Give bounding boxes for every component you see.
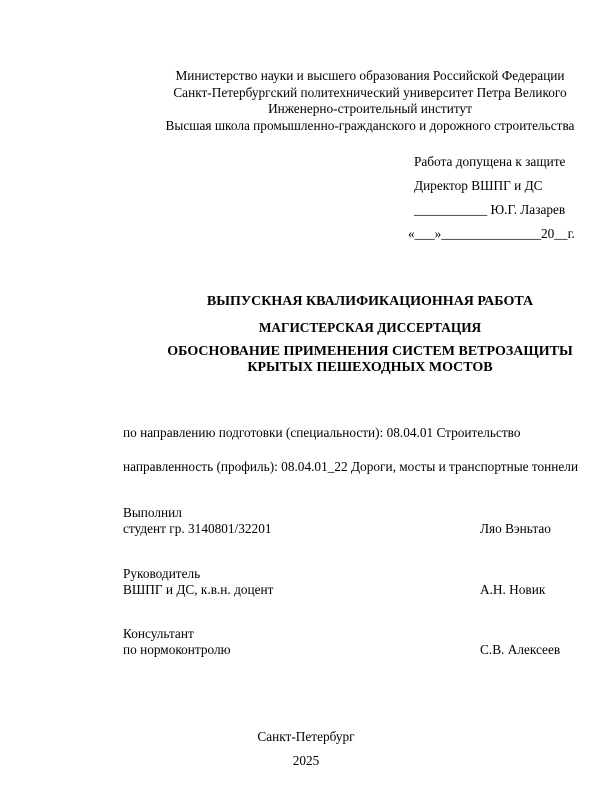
work-type-title: ВЫПУСКНАЯ КВАЛИФИКАЦИОННАЯ РАБОТА: [150, 294, 590, 310]
topic-title: ОБОСНОВАНИЕ ПРИМЕНЕНИЯ СИСТЕМ ВЕТРОЗАЩИТ…: [150, 344, 590, 376]
signature-name: А.Н. Новик: [480, 582, 545, 598]
approval-date: «___»_______________20__г.: [408, 222, 575, 246]
approval-block: Работа допущена к защите Директор ВШПГ и…: [414, 150, 575, 246]
approval-signature: ___________ Ю.Г. Лазарев: [414, 198, 575, 222]
topic-line-1: ОБОСНОВАНИЕ ПРИМЕНЕНИЯ СИСТЕМ ВЕТРОЗАЩИТ…: [150, 344, 590, 360]
approval-admitted: Работа допущена к защите: [414, 150, 575, 174]
specialty-line: по направлению подготовки (специальности…: [123, 425, 521, 441]
signature-role: Выполнил: [123, 505, 583, 521]
footer-year: 2025: [0, 753, 612, 769]
signature-supervisor: Руководитель ВШПГ и ДС, к.в.н. доцент А.…: [123, 566, 583, 598]
ministry-line: Министерство науки и высшего образования…: [140, 68, 600, 85]
approval-director: Директор ВШПГ и ДС: [414, 174, 575, 198]
footer-city: Санкт-Петербург: [0, 729, 612, 745]
degree-title: МАГИСТЕРСКАЯ ДИССЕРТАЦИЯ: [150, 320, 590, 336]
school-line: Высшая школа промышленно-гражданского и …: [140, 118, 600, 135]
signature-consultant: Консультант по нормоконтролю С.В. Алексе…: [123, 626, 583, 658]
institution-header: Министерство науки и высшего образования…: [140, 68, 600, 134]
institute-line: Инженерно-строительный институт: [140, 101, 600, 118]
signature-student: Выполнил студент гр. 3140801/32201 Ляо В…: [123, 505, 583, 537]
signature-role: Консультант: [123, 626, 583, 642]
signature-name: С.В. Алексеев: [480, 642, 560, 658]
university-line: Санкт-Петербургский политехнический унив…: [140, 85, 600, 102]
topic-line-2: КРЫТЫХ ПЕШЕХОДНЫХ МОСТОВ: [150, 360, 590, 376]
profile-line: направленность (профиль): 08.04.01_22 До…: [123, 459, 578, 475]
signature-role: Руководитель: [123, 566, 583, 582]
signature-name: Ляо Вэньтао: [480, 521, 551, 537]
